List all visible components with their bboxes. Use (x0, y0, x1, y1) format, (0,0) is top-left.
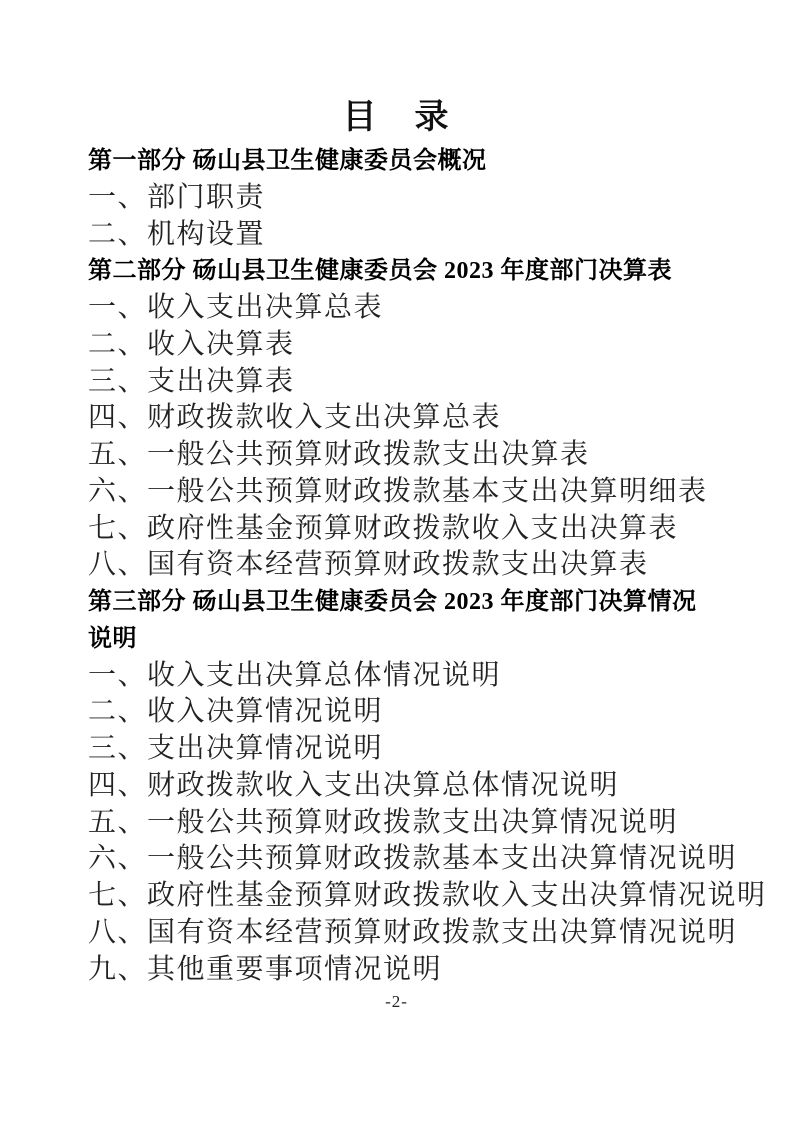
toc-item: 二、收入决算表 (88, 327, 712, 364)
toc-item: 二、机构设置 (88, 217, 712, 254)
toc-item: 六、一般公共预算财政拨款基本支出决算明细表 (88, 474, 712, 511)
toc-item: 八、国有资本经营预算财政拨款支出决算情况说明 (88, 915, 712, 952)
toc-item: 五、一般公共预算财政拨款支出决算情况说明 (88, 805, 712, 842)
document-page: 目 录 第一部分 砀山县卫生健康委员会概况一、部门职责二、机构设置第二部分 砀山… (0, 0, 793, 1122)
toc-item: 四、财政拨款收入支出决算总体情况说明 (88, 768, 712, 805)
toc-item: 三、支出决算表 (88, 364, 712, 401)
toc-item: 一、收入支出决算总体情况说明 (88, 658, 712, 695)
toc-heading: 第三部分 砀山县卫生健康委员会 2023 年度部门决算情况说明 (88, 584, 712, 658)
toc-item: 四、财政拨款收入支出决算总表 (88, 400, 712, 437)
toc-item: 三、支出决算情况说明 (88, 731, 712, 768)
toc-item: 九、其他重要事项情况说明 (88, 952, 712, 989)
toc-heading: 第一部分 砀山县卫生健康委员会概况 (88, 143, 712, 180)
toc-item: 六、一般公共预算财政拨款基本支出决算情况说明 (88, 841, 712, 878)
table-of-contents: 第一部分 砀山县卫生健康委员会概况一、部门职责二、机构设置第二部分 砀山县卫生健… (88, 143, 712, 988)
toc-item: 一、部门职责 (88, 180, 712, 217)
toc-item: 七、政府性基金预算财政拨款收入支出决算情况说明 (88, 878, 712, 915)
page-number: -2- (0, 991, 793, 1013)
toc-item: 一、收入支出决算总表 (88, 290, 712, 327)
toc-item: 五、一般公共预算财政拨款支出决算表 (88, 437, 712, 474)
toc-item: 八、国有资本经营预算财政拨款支出决算表 (88, 547, 712, 584)
page-title: 目 录 (0, 95, 793, 141)
toc-heading: 第二部分 砀山县卫生健康委员会 2023 年度部门决算表 (88, 253, 712, 290)
toc-item: 七、政府性基金预算财政拨款收入支出决算表 (88, 511, 712, 548)
toc-item: 二、收入决算情况说明 (88, 694, 712, 731)
